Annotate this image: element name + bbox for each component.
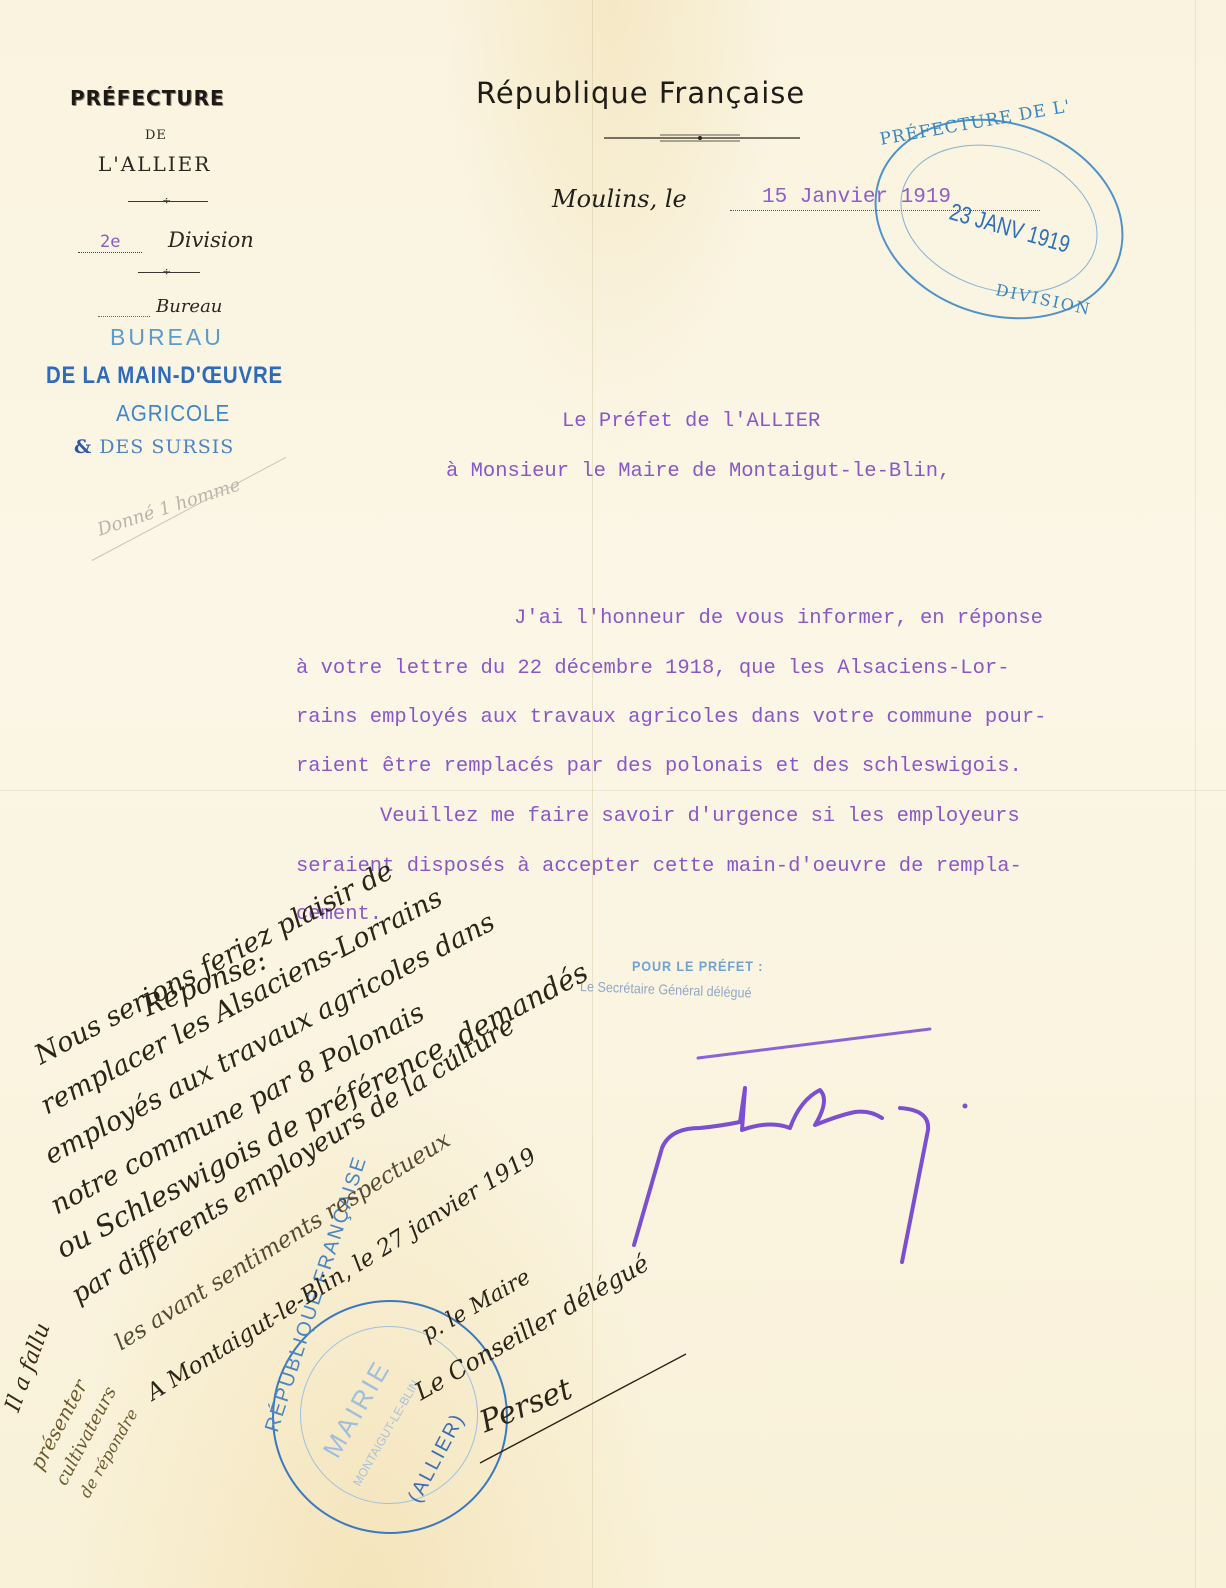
reply-signature-flourish-icon: [0, 0, 1226, 1588]
